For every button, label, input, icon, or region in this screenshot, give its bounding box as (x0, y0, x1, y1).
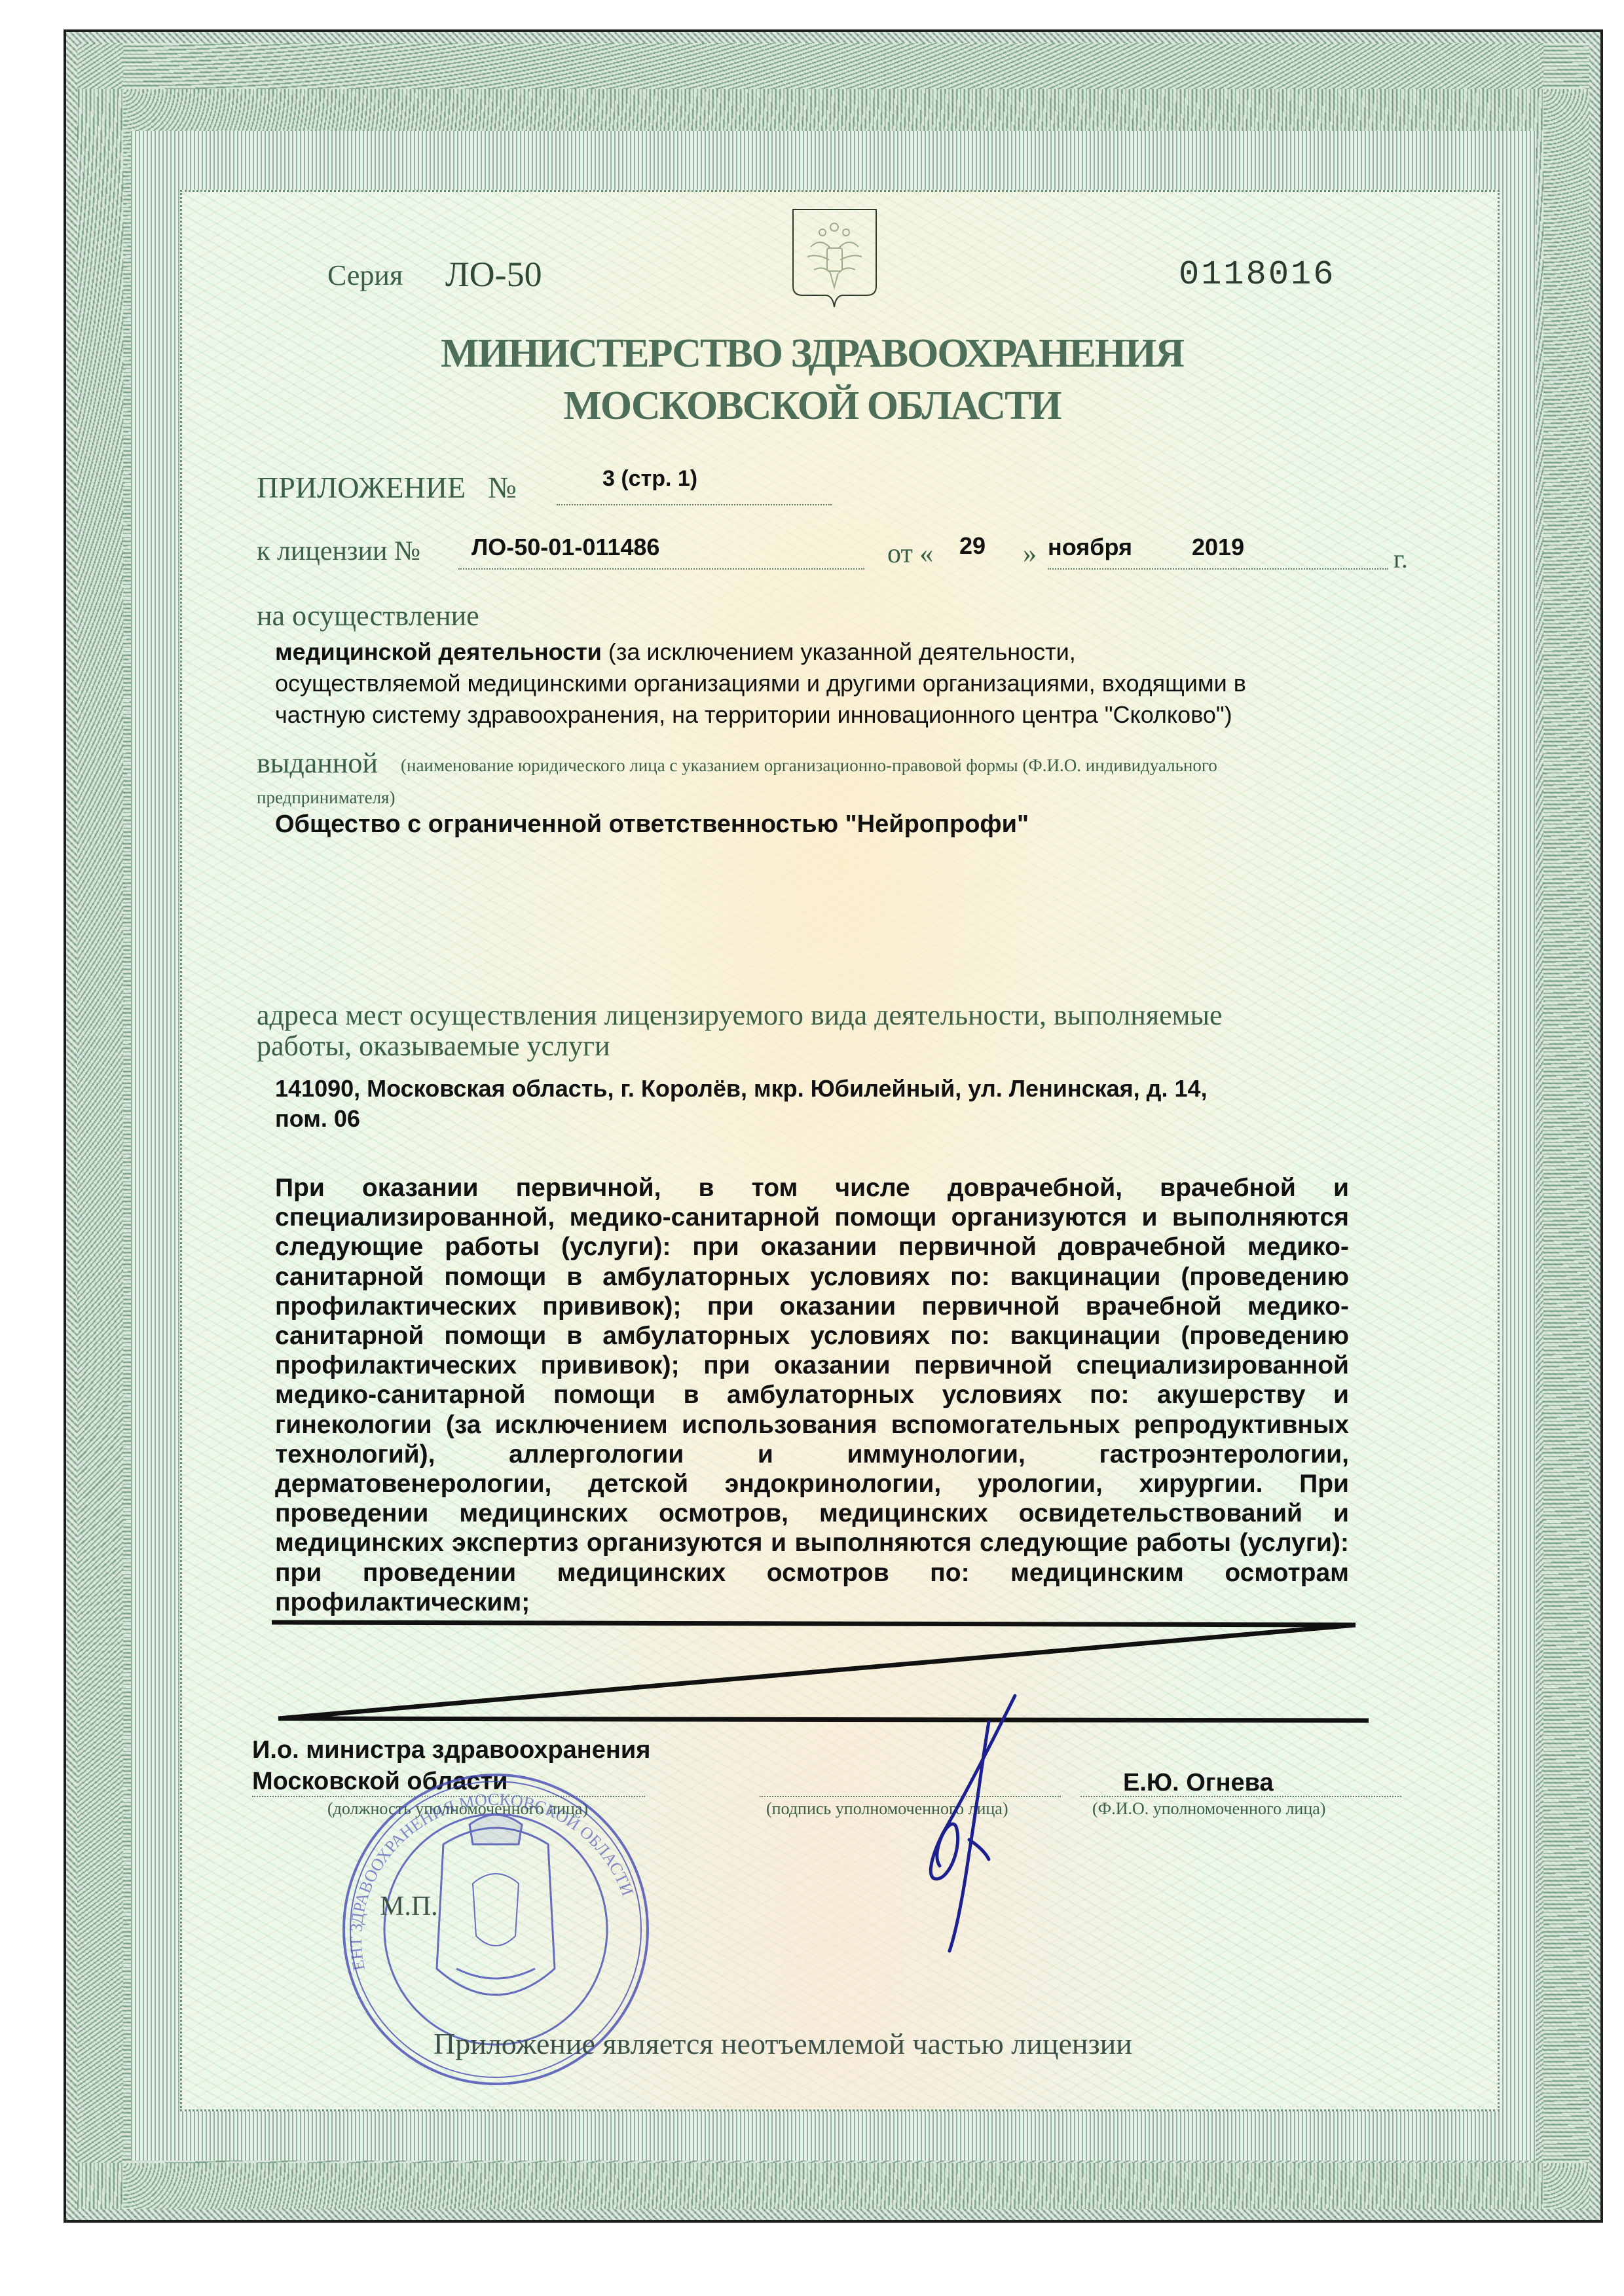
addresses-label-line2: работы, оказываемые услуги (257, 1029, 610, 1063)
appendix-number-sign: № (488, 470, 517, 505)
activity-bold-part: медицинской деятельности (275, 638, 602, 665)
activity-line1: медицинской деятельности (за исключением… (275, 638, 1076, 666)
series-value: ЛО-50 (445, 254, 542, 295)
ministry-title-line1: МИНИСТЕРСТВО ЗДРАВООХРАНЕНИЯ (0, 331, 1624, 377)
activity-label: на осуществление (257, 599, 479, 632)
issued-to-hint-line1: (наименование юридического лица с указан… (401, 756, 1217, 776)
form-number: 0118016 (1179, 255, 1335, 294)
organization-name: Общество с ограниченной ответственностью… (275, 811, 1029, 839)
address-line1: 141090, Московская область, г. Королёв, … (275, 1075, 1208, 1102)
license-number-underline (458, 568, 864, 570)
license-month: ноября (1048, 534, 1132, 561)
activity-text: (за исключением указанной деятельности, (602, 638, 1076, 665)
handwritten-signature-icon (864, 1683, 1074, 1958)
signatory-name: Е.Ю. Огнева (1123, 1769, 1274, 1797)
blank-space-cancel-lines (262, 1611, 1375, 1728)
services-paragraph: При оказании первичной, в том числе довр… (275, 1173, 1349, 1617)
name-underline (1080, 1796, 1401, 1797)
ministry-title-line2: МОСКОВСКОЙ ОБЛАСТИ (0, 383, 1624, 429)
signatory-position-line1: И.о. министра здравоохранения (252, 1736, 650, 1764)
appendix-footer-note: Приложение является неотъемлемой частью … (434, 2026, 1132, 2061)
appendix-number-value: 3 (стр. 1) (602, 466, 697, 492)
license-number: ЛО-50-01-011486 (471, 534, 659, 561)
addresses-label-line1: адреса мест осуществления лицензируемого… (257, 998, 1223, 1032)
license-date-underline (1048, 568, 1388, 570)
license-year-suffix: г. (1393, 543, 1408, 574)
russian-coat-of-arms-icon (791, 208, 878, 309)
license-day: 29 (959, 532, 986, 560)
appendix-underline (557, 504, 832, 505)
activity-line2: осуществляемой медицинскими организациям… (275, 670, 1246, 697)
seal-place-label: М.П. (380, 1891, 438, 1922)
license-date-prefix: от « (887, 538, 933, 570)
series-label: Серия (327, 259, 403, 292)
license-label: к лицензии № (257, 536, 420, 567)
appendix-label: ПРИЛОЖЕНИЕ (257, 470, 466, 505)
issued-to-label: выданной (257, 746, 378, 780)
license-day-close: » (1023, 538, 1037, 570)
name-caption: (Ф.И.О. уполномоченного лица) (1092, 1799, 1325, 1819)
issued-to-hint-line2: предпринимателя) (257, 788, 395, 808)
license-year: 2019 (1192, 534, 1244, 561)
address-line2: пом. 06 (275, 1105, 360, 1133)
activity-line3: частную систему здравоохранения, на терр… (275, 701, 1232, 729)
